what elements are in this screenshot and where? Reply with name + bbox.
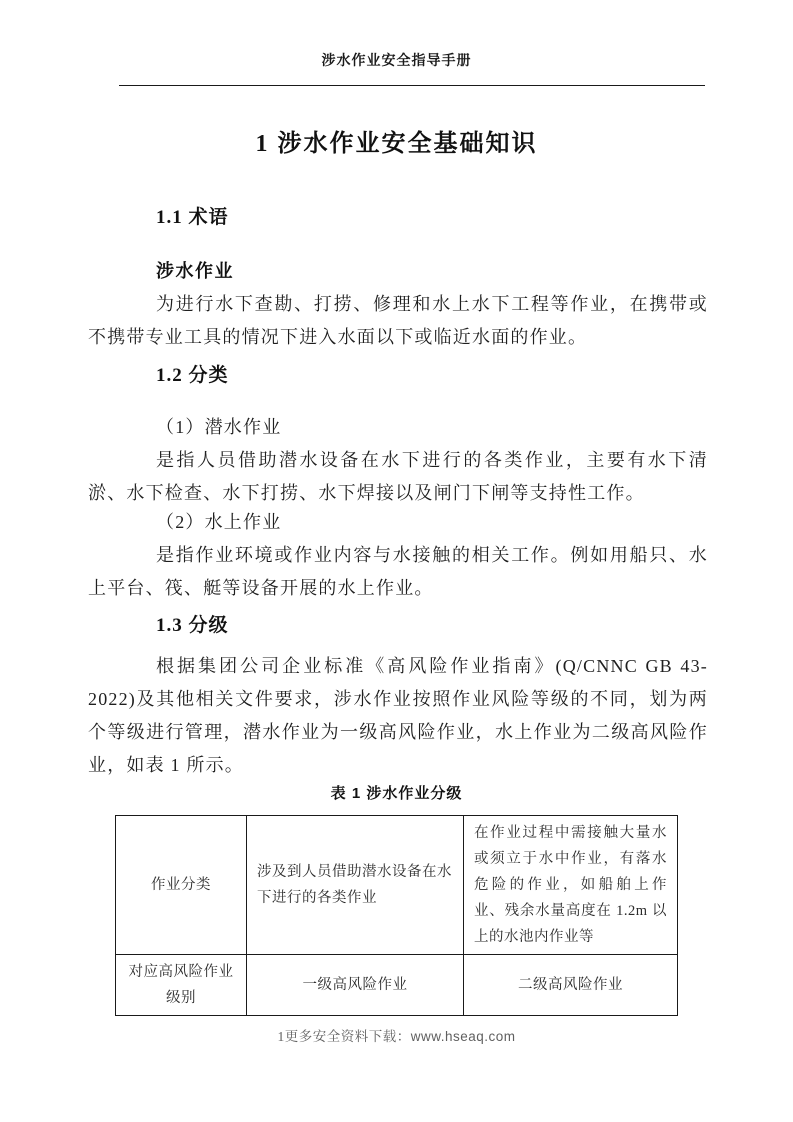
section-heading-terms: 1.1 术语 [156, 204, 229, 232]
footer-text: 更多安全资料下载： [285, 1029, 411, 1044]
list-item-label-surface: （2）水上作业 [156, 506, 708, 539]
classification-table: 作业分类 涉及到人员借助潜水设备在水下进行的各类作业 在作业过程中需接触大量水或… [115, 815, 678, 1016]
list-item-label-diving: （1）潜水作业 [156, 411, 708, 444]
table-cell-diving-description: 涉及到人员借助潜水设备在水下进行的各类作业 [247, 816, 464, 955]
table-cell-surface-description: 在作业过程中需接触大量水或须立于水中作业，有落水危险的作业，如船舶上作业、残余水… [464, 816, 678, 955]
paragraph-term-definition: 为进行水下查勘、打捞、修理和水上水下工程等作业，在携带或不携带专业工具的情况下进… [88, 288, 708, 354]
document-title: 1 涉水作业安全基础知识 [0, 126, 793, 162]
table-caption: 表 1 涉水作业分级 [0, 783, 793, 805]
header-title: 涉水作业安全指导手册 [0, 50, 793, 70]
page-footer: 1更多安全资料下载：www.hseaq.com [0, 1027, 793, 1047]
paragraph-diving-definition: 是指人员借助潜水设备在水下进行的各类作业，主要有水下清淤、水下检查、水下打捞、水… [88, 444, 708, 510]
paragraph-grading: 根据集团公司企业标准《高风险作业指南》(Q/CNNC GB 43-2022)及其… [88, 650, 708, 782]
paragraph-surface-definition: 是指作业环境或作业内容与水接触的相关工作。例如用船只、水上平台、筏、艇等设备开展… [88, 539, 708, 605]
header-rule [119, 85, 705, 86]
section-heading-classification: 1.2 分类 [156, 362, 229, 390]
table-cell-category-label: 作业分类 [116, 816, 247, 955]
table-cell-risk-level-label: 对应高风险作业级别 [116, 955, 247, 1016]
table-cell-risk-level-2: 二级高风险作业 [464, 955, 678, 1016]
table-row: 对应高风险作业级别 一级高风险作业 二级高风险作业 [116, 955, 678, 1016]
table-cell-risk-level-1: 一级高风险作业 [247, 955, 464, 1016]
page-number: 1 [277, 1029, 284, 1044]
section-heading-grading: 1.3 分级 [156, 612, 229, 640]
table-row: 作业分类 涉及到人员借助潜水设备在水下进行的各类作业 在作业过程中需接触大量水或… [116, 816, 678, 955]
document-page: 涉水作业安全指导手册 1 涉水作业安全基础知识 1.1 术语 涉水作业 为进行水… [0, 0, 793, 1122]
term-title: 涉水作业 [156, 255, 234, 288]
footer-url: www.hseaq.com [411, 1029, 516, 1044]
